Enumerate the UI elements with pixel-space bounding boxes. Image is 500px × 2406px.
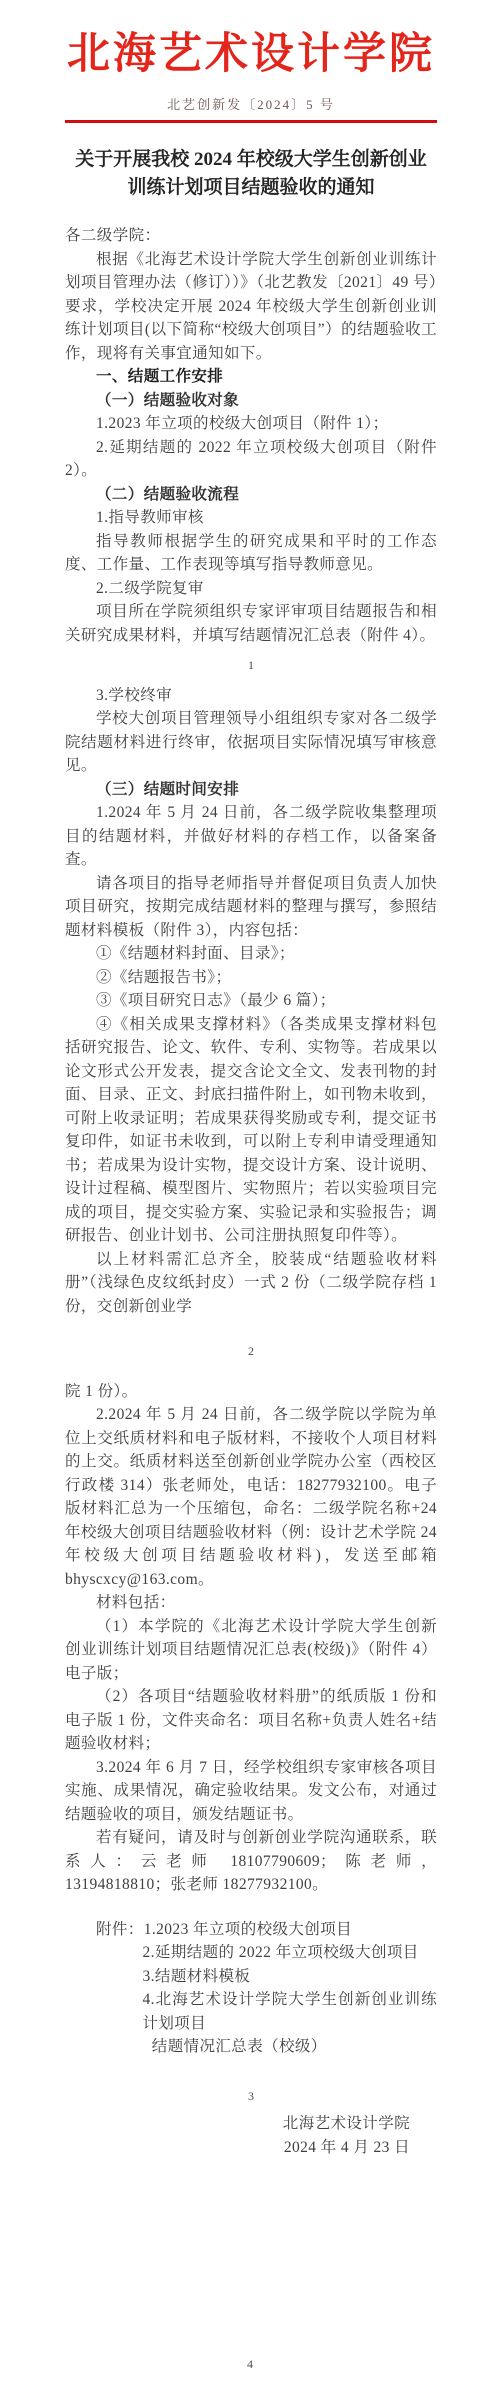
- document-title: 关于开展我校 2024 年校级大学生创新创业 训练计划项目结题验收的通知: [65, 146, 437, 202]
- attachment-line: 附件：1.2023 年立项的校级大创项目: [65, 1918, 437, 1942]
- document-number: 北艺创新发〔2024〕5 号: [65, 94, 437, 113]
- paragraph: 若有疑问，请及时与创新创业学院沟通联系，联系人：云老师 18107790609；…: [65, 1826, 437, 1897]
- subsection-heading: （三）结题时间安排: [65, 778, 437, 802]
- attachment-line: 2.延期结题的 2022 年立项校级大创项目: [143, 1941, 438, 1965]
- paragraph: 2.2024 年 5 月 24 日前，各二级学院以学院为单位上交纸质材料和电子版…: [65, 1403, 437, 1591]
- signature-organization: 北海艺术设计学院: [65, 2112, 410, 2136]
- page-number: 3: [65, 2085, 437, 2109]
- paragraph: 3.学校终审: [65, 684, 437, 708]
- paragraph: 2.延期结题的 2022 年立项校级大创项目（附件 2）。: [65, 436, 437, 483]
- section-heading: 一、结题工作安排: [65, 365, 437, 389]
- paragraph: 1.指导教师审核: [65, 506, 437, 530]
- paragraph: ③《项目研究日志》（最少 6 篇）；: [65, 989, 437, 1013]
- document-title-line2: 训练计划项目结题验收的通知: [65, 174, 437, 202]
- paragraph: 2.二级学院复审: [65, 577, 437, 601]
- letterhead-school-name: 北海艺术设计学院: [65, 0, 437, 80]
- paragraph: ②《结题报告书》；: [65, 966, 437, 990]
- paragraph: ④《相关成果支撑材料》（各类成果支撑材料包括研究报告、论文、软件、专利、实物等。…: [65, 1013, 437, 1248]
- signature-date: 2024 年 4 月 23 日: [65, 2136, 410, 2160]
- paragraph: 以上材料需汇总齐全，胶装成“结题验收材料册”（浅绿色皮纹纸封皮）一式 2 份（二…: [65, 1248, 437, 1319]
- paragraph: 材料包括：: [65, 1591, 437, 1615]
- attachment-line: 3.结题材料模板: [143, 1965, 438, 1989]
- page-number: 1: [65, 654, 437, 678]
- page-number: 2: [65, 1340, 437, 1364]
- red-divider-line: [65, 120, 437, 123]
- document-page: 北海艺术设计学院 北艺创新发〔2024〕5 号 关于开展我校 2024 年校级大…: [0, 0, 500, 2406]
- subsection-heading: （二）结题验收流程: [65, 483, 437, 507]
- document-title-line1: 关于开展我校 2024 年校级大学生创新创业: [65, 146, 437, 174]
- paragraph: 请各项目的指导老师指导并督促项目负责人加快项目研究，按期完成结题材料的整理与撰写…: [65, 872, 437, 943]
- document-body: 各二级学院：根据《北海艺术设计学院大学生创新创业训练计划项目管理办法（修订））》…: [65, 224, 437, 2108]
- paragraph: 1.2024 年 5 月 24 日前，各二级学院收集整理项目的结题材料，并做好材…: [65, 801, 437, 872]
- paragraph: 项目所在学院须组织专家评审项目结题报告和相关研究成果材料，并填写结题情况汇总表（…: [65, 600, 437, 647]
- paragraph: 各二级学院：: [65, 224, 437, 248]
- paragraph: 院 1 份）。: [65, 1380, 437, 1404]
- paragraph: 学校大创项目管理领导小组组织专家对各二级学院结题材料进行终审，依据项目实际情况填…: [65, 707, 437, 778]
- paragraph: 根据《北海艺术设计学院大学生创新创业训练计划项目管理办法（修订））》（北艺教发〔…: [65, 248, 437, 366]
- paragraph: ①《结题材料封面、目录》；: [65, 942, 437, 966]
- subsection-heading: （一）结题验收对象: [65, 389, 437, 413]
- signature-block: 北海艺术设计学院 2024 年 4 月 23 日: [65, 2112, 437, 2159]
- paragraph: （2）各项目“结题验收材料册”的纸质版 1 份和电子版 1 份，文件夹命名：项目…: [65, 1685, 437, 1756]
- paragraph: 指导教师根据学生的研究成果和平时的工作态度、工作量、工作表现等填写指导教师意见。: [65, 530, 437, 577]
- paragraph: （1）本学院的《北海艺术设计学院大学生创新创业训练计划项目结题情况汇总表(校级)…: [65, 1615, 437, 1686]
- attachment-line: 结题情况汇总表（校级）: [152, 2035, 437, 2059]
- page-number-footer: 4: [0, 2357, 500, 2372]
- paragraph: 1.2023 年立项的校级大创项目（附件 1）；: [65, 412, 437, 436]
- attachment-line: 4.北海艺术设计学院大学生创新创业训练计划项目: [143, 1988, 438, 2035]
- paragraph: 3.2024 年 6 月 7 日，经学校组织专家审核各项目实施、成果情况，确定验…: [65, 1756, 437, 1827]
